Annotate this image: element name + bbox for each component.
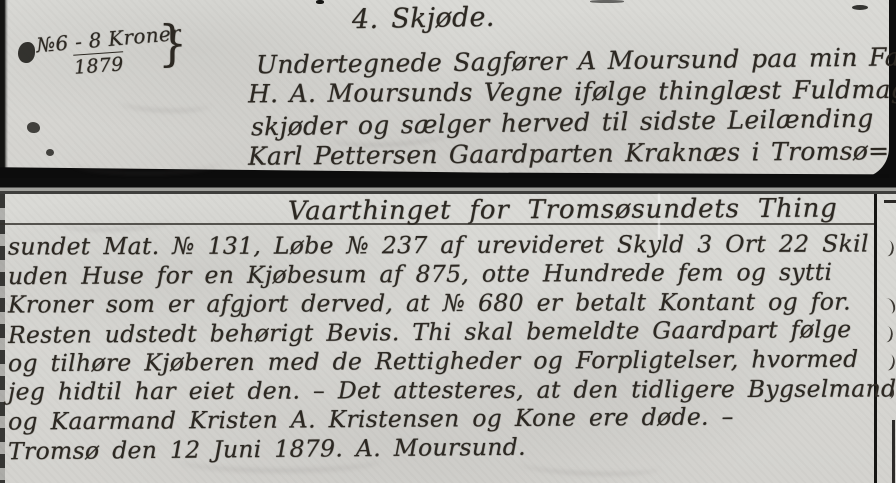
handwritten-line: skjøder og sælger herved til sidste Leil… [251, 104, 874, 142]
ink-showthrough-smudge [70, 150, 220, 175]
bottom-scan-fragment: Vaarthinget for Tromsøsundets Thing sund… [0, 194, 896, 483]
column-rule-partial [892, 420, 895, 483]
adjacent-column-ink-fragment [880, 352, 896, 371]
court-session-heading: Vaarthinget for Tromsøsundets Thing [288, 194, 838, 227]
adjacent-column-ink-fragment [878, 325, 894, 344]
fee-margin-year: 1879 [73, 51, 124, 78]
handwritten-line: Kroner som er afgjort derved, at № 680 e… [8, 288, 851, 319]
scan-speck [884, 200, 896, 203]
ink-showthrough-smudge [520, 454, 661, 478]
adjacent-column-ink-fragment [881, 297, 896, 315]
ink-showthrough-smudge [60, 212, 171, 233]
ink-blot [46, 149, 54, 156]
ink-blot [27, 122, 40, 133]
handwritten-line: Resten udstedt behørigt Bevis. Thi skal … [8, 315, 852, 349]
handwritten-line: uden Huse for en Kjøbesum af 875, otte H… [8, 258, 832, 290]
ink-showthrough-smudge [120, 93, 211, 113]
handwritten-line: og Kaarmand Kristen A. Kristensen og Kon… [8, 402, 734, 435]
handwritten-line: Karl Pettersen Gaardparten Kraknæs i Tro… [248, 136, 890, 171]
scan-edge-left [0, 194, 5, 483]
scan-divider-band [0, 178, 896, 194]
adjacent-column-ink-fragment [879, 239, 895, 258]
handwritten-line: H. A. Moursunds Vegne ifølge thinglæst F… [248, 75, 896, 109]
ink-blot [18, 42, 35, 63]
scan-speck [316, 0, 324, 4]
handwritten-line: jeg hidtil har eiet den. – Det attestere… [8, 374, 896, 405]
top-scan-fragment: №6 - 8 Kroner 1879 } 4. Skjøde. Underteg… [0, 0, 896, 178]
deed-title: 4. Skjøde. [352, 2, 495, 35]
handwritten-line: og tilhøre Kjøberen med de Rettigheder o… [8, 345, 859, 377]
column-rule [874, 194, 877, 483]
scan-speck [852, 5, 868, 10]
scan-speck [590, 0, 624, 3]
handwritten-line: sundet Mat. № 131, Løbe № 237 af urevide… [8, 229, 869, 260]
top-page-paper: №6 - 8 Kroner 1879 } 4. Skjøde. Underteg… [0, 0, 889, 178]
signature-date-line: Tromsø den 12 Juni 1879. A. Moursund. [8, 433, 526, 466]
handwritten-line: Undertegnede Sagfører A Moursund paa min… [256, 42, 896, 80]
scanned-deed-document: №6 - 8 Kroner 1879 } 4. Skjøde. Underteg… [0, 0, 896, 483]
scan-edge-left [0, 0, 8, 178]
margin-brace: } [158, 15, 187, 72]
